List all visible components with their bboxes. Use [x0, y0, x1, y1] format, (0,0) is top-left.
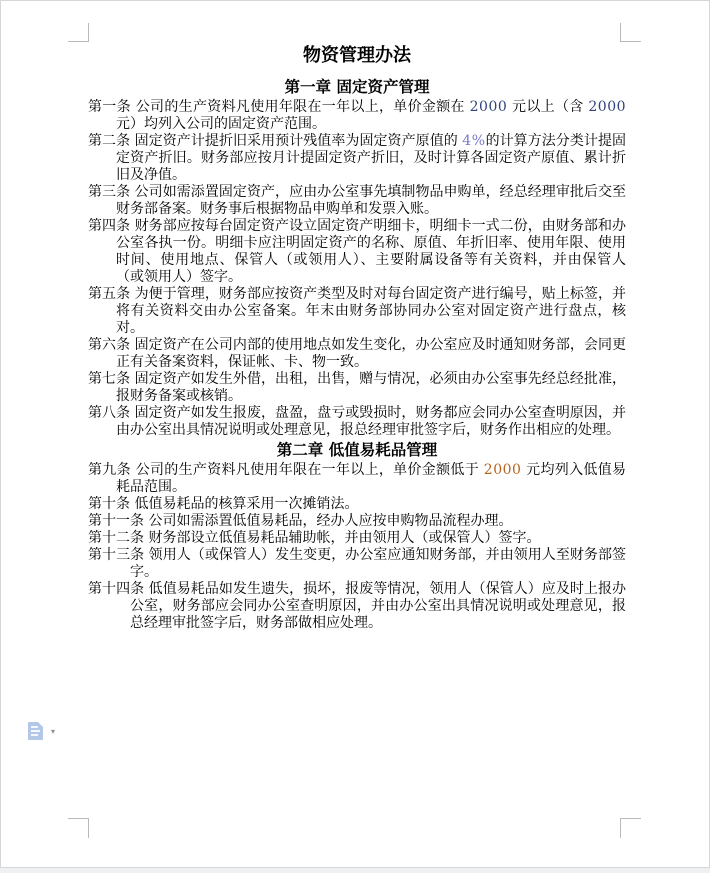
number-value: 2000	[484, 462, 522, 478]
article-paragraph: 第十四条 低值易耗品如发生遗失，损坏，报废等情况，领用人（保管人）应及时上报办公…	[88, 581, 626, 632]
article-number: 第十四条	[88, 581, 144, 597]
article-number: 第六条	[88, 337, 130, 353]
article-paragraph: 第一条 公司的生产资料凡使用年限在一年以上，单价金额在 2000 元以上（含 2…	[88, 99, 626, 133]
article-paragraph: 第五条 为便于管理，财务部应按资产类型及时对每台固定资产进行编号，贴上标签，并将…	[88, 286, 626, 337]
article-number: 第九条	[88, 462, 131, 478]
article-paragraph: 第八条 固定资产如发生报废，盘盈，盘亏或毁损时，财务都应会同办公室查明原因，并由…	[88, 405, 626, 439]
article-number: 第十条	[88, 496, 130, 512]
article-text: 低值易耗品如发生遗失，损坏，报废等情况，领用人（保管人）应及时上报办公室，财务部…	[130, 581, 626, 631]
article-paragraph: 第九条 公司的生产资料凡使用年限在一年以上，单价金额低于 2000 元均列入低值…	[88, 462, 626, 496]
text-boundary-mark-top-right-vertical	[620, 23, 621, 42]
text-boundary-mark-bottom-left-horizontal	[68, 818, 89, 819]
chapter-heading: 第二章 低值易耗品管理	[88, 440, 626, 460]
article-text: 固定资产计提折旧采用预计残值率为固定资产原值的	[135, 133, 463, 149]
article-number: 第三条	[88, 184, 130, 200]
icon-text-line	[31, 734, 38, 736]
text-boundary-mark-bottom-left-vertical	[88, 818, 89, 838]
article-number: 第十二条	[88, 530, 144, 546]
article-text: 财务部设立低值易耗品辅助帐，并由领用人（或保管人）签字。	[148, 530, 540, 546]
paste-options-button[interactable]: ▾	[27, 720, 61, 742]
article-text: 元）均列入公司的固定资产范围。	[116, 116, 326, 132]
document-content: 物资管理办法 第一章 固定资产管理第一条 公司的生产资料凡使用年限在一年以上，单…	[88, 41, 626, 632]
article-number: 第八条	[88, 405, 130, 421]
article-paragraph: 第十二条 财务部设立低值易耗品辅助帐，并由领用人（或保管人）签字。	[88, 530, 626, 547]
chapter-heading: 第一章 固定资产管理	[88, 77, 626, 97]
article-text: 元以上（含	[507, 99, 588, 115]
number-value: 2000	[588, 99, 626, 115]
article-paragraph: 第十三条 领用人（或保管人）发生变更，办公室应通知财务部，并由领用人至财务部签字…	[88, 547, 626, 581]
article-text: 公司如需添置低值易耗品，经办人应按申购物品流程办理。	[148, 513, 512, 529]
article-paragraph: 第四条 财务部应按每台固定资产设立固定资产明细卡，明细卡一式二份，由财务部和办公…	[88, 218, 626, 286]
article-text: 低值易耗品的核算采用一次摊销法。	[134, 496, 358, 512]
word-document-page: 物资管理办法 第一章 固定资产管理第一条 公司的生产资料凡使用年限在一年以上，单…	[0, 0, 710, 868]
text-boundary-mark-top-left-horizontal	[68, 41, 89, 42]
article-paragraph: 第十条 低值易耗品的核算采用一次摊销法。	[88, 496, 626, 513]
icon-text-line	[31, 726, 38, 728]
article-text: 领用人（或保管人）发生变更，办公室应通知财务部，并由领用人至财务部签字。	[130, 547, 626, 580]
page-fold-corner	[38, 722, 43, 727]
text-boundary-mark-bottom-right-vertical	[620, 818, 621, 838]
article-number: 第二条	[88, 133, 130, 149]
number-value: 2000	[470, 99, 508, 115]
article-number: 第五条	[88, 286, 130, 302]
paste-options-icon[interactable]	[28, 722, 43, 740]
article-paragraph: 第三条 公司如需添置固定资产，应由办公室事先填制物品申购单，经总经理审批后交至财…	[88, 184, 626, 218]
article-text: 公司如需添置固定资产，应由办公室事先填制物品申购单，经总经理审批后交至财务部备案…	[116, 184, 626, 217]
article-paragraph: 第六条 固定资产在公司内部的使用地点如发生变化，办公室应及时通知财务部，会同更正…	[88, 337, 626, 371]
document-body: 第一章 固定资产管理第一条 公司的生产资料凡使用年限在一年以上，单价金额在 20…	[88, 77, 626, 632]
article-number: 第十三条	[88, 547, 144, 563]
article-text: 固定资产如发生外借，出租，出售，赠与情况，必须由办公室事先经总经批准，报财务备案…	[116, 371, 626, 404]
text-boundary-mark-top-left-vertical	[88, 23, 89, 42]
text-boundary-mark-bottom-right-horizontal	[620, 818, 641, 819]
article-paragraph: 第十一条 公司如需添置低值易耗品，经办人应按申购物品流程办理。	[88, 513, 626, 530]
article-text: 为便于管理，财务部应按资产类型及时对每台固定资产进行编号，贴上标签，并将有关资料…	[116, 286, 626, 336]
article-paragraph: 第二条 固定资产计提折旧采用预计残值率为固定资产原值的 4%的计算方法分类计提固…	[88, 133, 626, 184]
article-text: 财务部应按每台固定资产设立固定资产明细卡，明细卡一式二份，由财务部和办公室各执一…	[116, 218, 626, 285]
article-text: 公司的生产资料凡使用年限在一年以上，单价金额低于	[136, 462, 484, 478]
page-title: 物资管理办法	[88, 43, 626, 69]
article-number: 第四条	[88, 218, 130, 234]
article-number: 第七条	[88, 371, 130, 387]
icon-text-line	[31, 730, 40, 732]
article-text: 固定资产如发生报废，盘盈，盘亏或毁损时，财务都应会同办公室查明原因，并由办公室出…	[116, 405, 626, 438]
article-text: 公司的生产资料凡使用年限在一年以上，单价金额在	[136, 99, 470, 115]
article-paragraph: 第七条 固定资产如发生外借，出租，出售，赠与情况，必须由办公室事先经总经批准，报…	[88, 371, 626, 405]
article-number: 第一条	[88, 99, 131, 115]
number-value: 4%	[462, 133, 485, 149]
article-text: 固定资产在公司内部的使用地点如发生变化，办公室应及时通知财务部，会同更正有关备案…	[116, 337, 626, 370]
article-number: 第十一条	[88, 513, 144, 529]
chevron-down-icon[interactable]: ▾	[51, 728, 55, 736]
